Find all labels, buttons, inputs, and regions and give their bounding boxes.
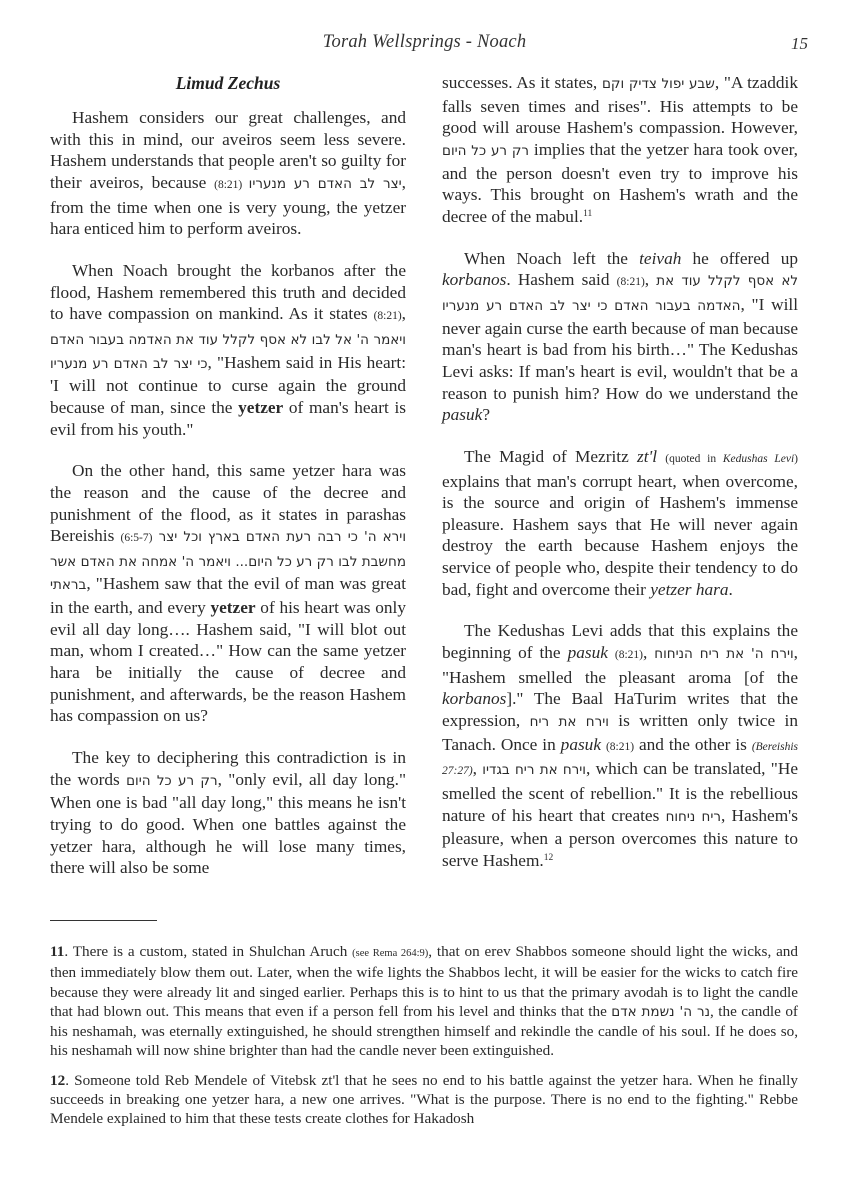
hebrew-quote: שבע יפול צדיק וקם: [602, 76, 715, 92]
paragraph: Hashem considers our great challenges, a…: [50, 107, 406, 240]
hebrew-quote: וירח את ריח: [530, 714, 609, 730]
footnote-number: 11: [50, 943, 64, 960]
italic-term: yetzer hara: [650, 580, 728, 599]
paragraph: The key to deciphering this contradictio…: [50, 747, 406, 879]
hebrew-quote: וירח את ריח בגדיו: [482, 762, 586, 778]
text: .: [729, 580, 733, 599]
footnote-divider: [50, 920, 157, 921]
footnote-marker[interactable]: 12: [544, 853, 554, 863]
text: When Noach brought the korbanos after th…: [50, 261, 406, 323]
italic-term: korbanos: [442, 689, 506, 708]
text: The Magid of Mezritz: [464, 447, 637, 466]
paragraph: The Magid of Mezritz zt'l (quoted in Ked…: [442, 446, 798, 601]
text: . Hashem said: [506, 270, 616, 289]
hebrew-quote: וירח ה' את ריח הניחוח: [654, 646, 793, 662]
hebrew-quote: ריח ניחוח: [666, 809, 721, 825]
italic-term: zt'l: [637, 447, 657, 466]
italic-term: korbanos: [442, 270, 506, 289]
paragraph: When Noach left the teivah he offered up…: [442, 248, 798, 426]
hebrew-quote: רק רע כל היום: [126, 773, 218, 789]
running-title: Torah Wellsprings - Noach: [0, 32, 849, 53]
text: When Noach left the: [464, 249, 639, 268]
bold-term: yetzer: [238, 398, 283, 417]
verse-reference: (8:21): [615, 649, 643, 661]
section-title: Limud Zechus: [50, 72, 406, 94]
verse-reference: (8:21): [374, 310, 402, 322]
verse-reference: (8:21): [606, 741, 634, 753]
footnotes: 11. There is a custom, stated in Shulcha…: [50, 942, 798, 1139]
text: explains that man's corrupt heart, when …: [442, 472, 798, 599]
hebrew-quote: נר ה' נשמת אדם: [611, 1004, 710, 1020]
text: he offered up: [681, 249, 798, 268]
text: successes. As it states,: [442, 73, 602, 92]
italic-term: teivah: [639, 249, 681, 268]
source-citation: (see Rema 264:9): [352, 948, 428, 959]
italic-term: pasuk: [568, 643, 608, 662]
text: . There is a custom, stated in Shulchan …: [64, 943, 352, 960]
text: . Someone told Reb Mendele of Vitebsk zt…: [50, 1072, 798, 1128]
verse-reference: (8:21): [214, 179, 249, 191]
footnote: 12. Someone told Reb Mendele of Vitebsk …: [50, 1071, 798, 1129]
left-column: Limud Zechus Hashem considers our great …: [50, 72, 406, 899]
body-columns: Limud Zechus Hashem considers our great …: [50, 72, 798, 899]
paragraph: successes. As it states, שבע יפול צדיק ו…: [442, 72, 798, 228]
italic-term: Kedushas Levi: [723, 453, 794, 465]
source-citation: (quoted in Kedushas Levi): [665, 453, 798, 465]
italic-term: pasuk: [442, 405, 482, 424]
right-column: successes. As it states, שבע יפול צדיק ו…: [442, 72, 798, 899]
text: (quoted in: [665, 453, 723, 465]
verse-reference: (8:21): [617, 276, 645, 288]
page-number: 15: [791, 34, 808, 54]
paragraph: The Kedushas Levi adds that this explain…: [442, 620, 798, 871]
bold-term: yetzer: [210, 598, 255, 617]
italic-term: pasuk: [561, 735, 601, 754]
paragraph: When Noach brought the korbanos after th…: [50, 260, 406, 440]
text: and the other is: [634, 735, 752, 754]
footnote-marker[interactable]: 11: [583, 209, 592, 219]
text: ?: [482, 405, 490, 424]
paragraph: On the other hand, this same yetzer hara…: [50, 460, 406, 727]
hebrew-quote: רק רע כל היום: [442, 143, 529, 159]
page-header: Torah Wellsprings - Noach 15: [0, 30, 849, 60]
verse-reference: (6:5-7): [121, 532, 153, 544]
footnote-number: 12: [50, 1072, 65, 1089]
footnote: 11. There is a custom, stated in Shulcha…: [50, 942, 798, 1061]
text: of his heart was only evil all day long……: [50, 598, 406, 725]
text: ): [794, 453, 798, 465]
hebrew-quote: יצר לב האדם רע מנעריו: [249, 176, 402, 192]
